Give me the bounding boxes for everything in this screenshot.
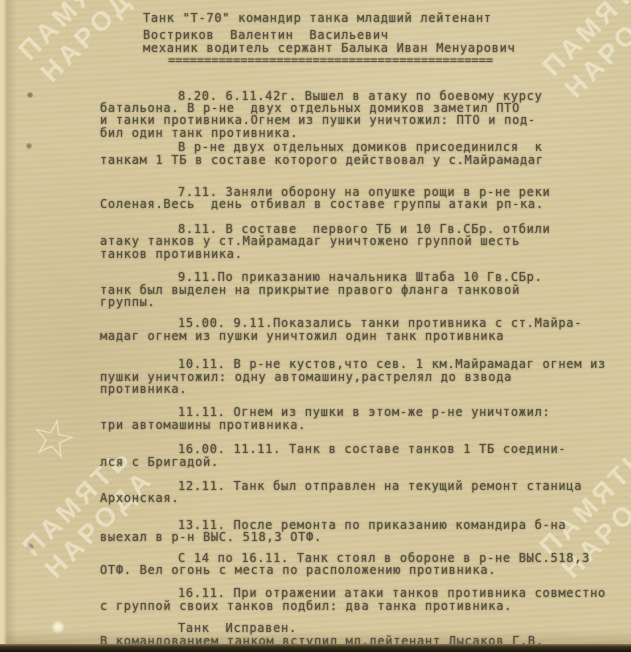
- paragraph-line: 16.11. При отражении атаки танков против…: [100, 587, 590, 599]
- paragraph: 10.11. В р-не кустов,что сев. 1 км.Майра…: [100, 358, 590, 395]
- paragraph: С 14 по 16.11. Танк стоял в обороне в р-…: [100, 552, 590, 577]
- paragraph: 16.00. 11.11. Танк в составе танков 1 ТБ…: [100, 443, 590, 468]
- paragraph-line: танк был выделен на прикрытие правого фл…: [100, 284, 590, 296]
- paragraph: В р-не двух отдельных домиков присоедини…: [100, 141, 590, 166]
- paragraph: 7.11. Заняли оборону на опушке рощи в р-…: [100, 186, 590, 211]
- star-icon: ☆: [24, 405, 82, 473]
- paragraph-line: Архонская.: [100, 492, 590, 504]
- paragraph-line: Танк Исправен.: [100, 622, 590, 634]
- paragraph: 8.11. В составе первого ТБ и 10 Гв.СБр. …: [100, 223, 590, 260]
- scan-bottom-edge: [0, 644, 631, 652]
- paragraph-line: танков противника.: [100, 248, 590, 260]
- paragraph: 16.11. При отражении атаки танков против…: [100, 587, 590, 612]
- paragraph-line: 11.11. Огнем из пушки в этом-же р-не уни…: [100, 406, 590, 418]
- header-line-commander: Востриков Валентин Васильевич: [143, 29, 590, 41]
- header-separator: ========================================…: [168, 54, 590, 66]
- paragraph-line: группы.: [100, 296, 590, 308]
- paragraph-line: атаку танков у ст.Майрамадаг уничтожено …: [100, 235, 590, 247]
- paragraph-line: бил один танк противника.: [100, 127, 590, 139]
- paragraph: 13.11. После ремонта по приказанию коман…: [100, 519, 590, 544]
- paragraph-line: Соленая.Весь день отбивал в составе груп…: [100, 198, 590, 210]
- paragraph-line: ОТФ. Вел огонь с места по расположению п…: [100, 564, 590, 576]
- paragraph-line: танкам 1 ТБ в составе которого действова…: [100, 154, 590, 166]
- document-page: ПАМЯТЬ НАРОДА ПАМЯТЬ НАРОДА ☆ ПАМЯТЬ НАР…: [0, 0, 631, 652]
- paragraph-line: мадаг огнем из пушки уничтожил один танк…: [100, 330, 590, 342]
- paragraph: 15.00. 9.11.Показались танки противника …: [100, 317, 590, 342]
- report-header: Танк "Т-70" командир танка младший лейте…: [143, 12, 590, 67]
- paragraph: 12.11. Танк был отправлен на текущий рем…: [100, 480, 590, 505]
- paragraph-line: В р-не двух отдельных домиков присоедини…: [100, 141, 590, 153]
- paragraph-line: 16.00. 11.11. Танк в составе танков 1 ТБ…: [100, 443, 590, 455]
- paragraph-line: противника.: [100, 383, 590, 395]
- paragraph-line: 15.00. 9.11.Показались танки противника …: [100, 317, 590, 329]
- paragraph-line: с группой своих танков подбил: два танка…: [100, 600, 590, 612]
- paragraph-line: три автомашины противника.: [100, 419, 590, 431]
- paragraph: 8.20. 6.11.42г. Вышел в атаку по боевому…: [100, 90, 590, 140]
- paragraph: 11.11. Огнем из пушки в этом-же р-не уни…: [100, 406, 590, 431]
- paragraph: 9.11.По приказанию начальника Штаба 10 Г…: [100, 271, 590, 308]
- typewritten-report: Танк "Т-70" командир танка младший лейте…: [100, 12, 590, 647]
- paragraph-line: 10.11. В р-не кустов,что сев. 1 км.Майра…: [100, 358, 590, 370]
- paragraph-line: 9.11.По приказанию начальника Штаба 10 Г…: [100, 271, 590, 283]
- paragraph-line: лся с Бригадой.: [100, 456, 590, 468]
- header-line-tank: Танк "Т-70" командир танка младший лейте…: [143, 12, 590, 24]
- paragraph-line: выехал в р-н ВЫС. 518,3 ОТФ.: [100, 531, 590, 543]
- paragraph-line: и танки противника.Огнем из пушки уничто…: [100, 114, 590, 126]
